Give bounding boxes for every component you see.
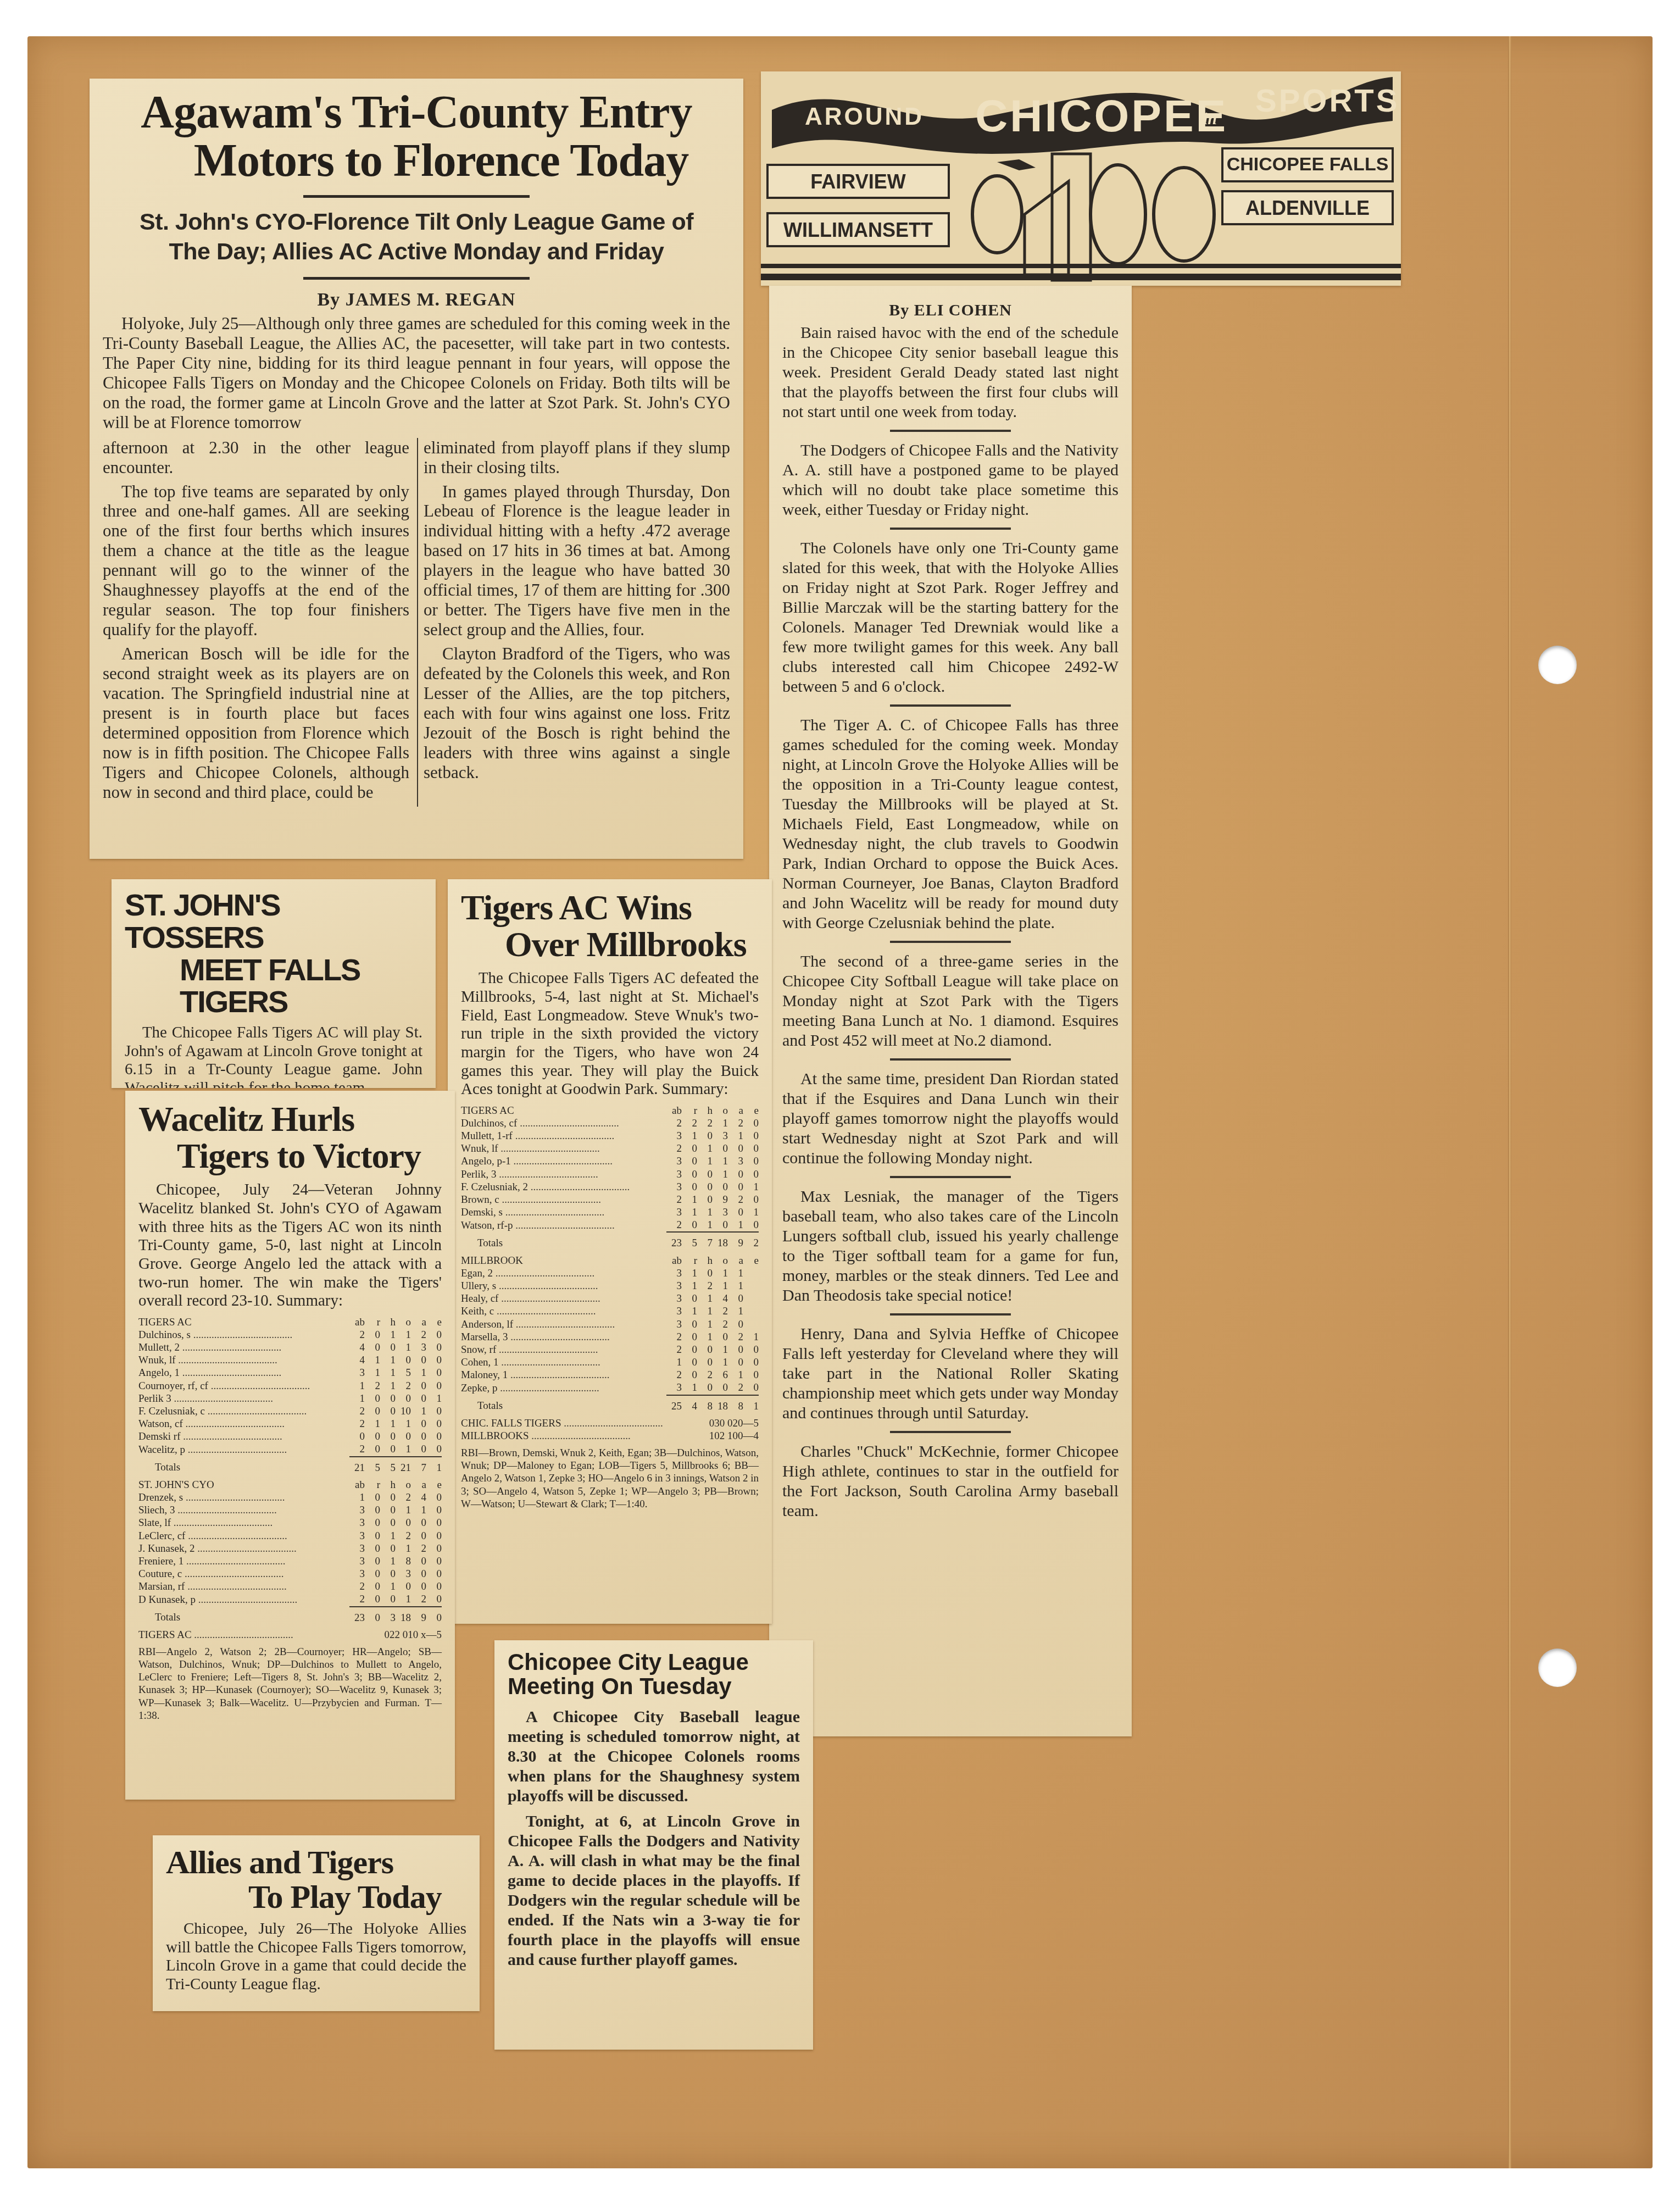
box-score-player-row: Watson, cf211100 [138,1418,442,1430]
headline-line: Motors to Florence Today [103,137,730,185]
box-score-player-row: Wnuk, lf201000 [461,1142,759,1155]
divider [890,1313,1011,1316]
paragraph: The Dodgers of Chicopee Falls and the Na… [782,441,1119,520]
divider [890,1058,1011,1061]
banner-title-sports: SPORTS [1255,82,1400,119]
headline-line: ST. JOHN'S TOSSERS [125,889,422,954]
banner-label-willimansett: WILLIMANSETT [767,219,949,242]
binder-hole-top [1538,646,1577,684]
box-score-player-row: LeClerc, cf301200 [138,1530,442,1542]
box-score-player-row: Egan, 231011 [461,1267,759,1280]
paragraph: The Tiger A. C. of Chicopee Falls has th… [782,715,1119,933]
box-score-totals-row: Totals23571892 [461,1232,759,1250]
paragraph: Charles "Chuck" McKechnie, former Chicop… [782,1442,1119,1521]
box-score-player-row: Marsian, rf201000 [138,1580,442,1593]
article-body: A Chicopee City Baseball league meeting … [508,1707,800,1970]
article-body: Chicopee, July 26—The Holyoke Allies wil… [166,1920,466,1994]
box-score-player-row: Perlik 3100001 [138,1392,442,1405]
box-score-player-row: Cohen, 1100100 [461,1356,759,1369]
right-column: eliminated from playoff plans if they sl… [417,438,730,807]
banner-title-chicopee: CHICOPEE [975,91,1228,142]
paragraph: eliminated from playoff plans if they sl… [424,438,730,478]
box-score-player-row: Cournoyer, rf, cf121200 [138,1380,442,1392]
box-score-player-row: Demski, s311301 [461,1206,759,1219]
headline: Allies and Tigers To Play Today [166,1845,466,1914]
headline-line: MEET FALLS TIGERS [125,954,422,1019]
byline: By ELI COHEN [782,301,1119,320]
linescore-row: CHIC. FALLS TIGERS030 020—5 [461,1417,759,1430]
box-score-player-row: Sliech, 3300110 [138,1504,442,1517]
divider [303,277,529,280]
paragraph: Chicopee, July 26—The Holyoke Allies wil… [166,1920,466,1994]
divider [890,704,1011,707]
divider [890,941,1011,943]
paragraph: Max Lesniak, the manager of the Tigers b… [782,1187,1119,1306]
box-score-player-row: Angelo, 1311510 [138,1367,442,1379]
box-score-notes: RBI—Brown, Demski, Wnuk 2, Keith, Egan; … [461,1447,759,1511]
headline-line: Allies and Tigers [166,1845,466,1880]
subheadline-line: The Day; Allies AC Active Monday and Fri… [103,237,730,267]
box-score-player-row: Mullett, 1-rf310310 [461,1130,759,1142]
headline-line: Wacelitz Hurls [138,1101,442,1137]
binder-hole-bottom [1538,1648,1577,1687]
box-score-player-row: Zepke, p310020 [461,1381,759,1395]
article-lead: Holyoke, July 25—Although only three gam… [103,314,730,432]
headline: Chicopee City League Meeting On Tuesday [508,1650,800,1699]
box-score-header-row: TIGERS ACabrhoae [461,1104,759,1117]
box-score-player-row: Slate, lf300000 [138,1517,442,1529]
banner-label-chicopee-falls: CHICOPEE FALLS [1222,154,1393,175]
headline-line: Meeting On Tuesday [508,1674,800,1699]
column-body: Bain raised havoc with the end of the sc… [782,323,1119,1521]
paragraph: The top five teams are separated by only… [103,482,409,640]
box-score-player-row: Healy, cf30140 [461,1292,759,1305]
divider [890,1176,1011,1178]
banner-label-fairview: FAIRVIEW [767,170,949,193]
box-score-player-row: Snow, rf200100 [461,1344,759,1356]
box-score-player-row: Watson, rf-p201010 [461,1219,759,1232]
headline-line: Chicopee City League [508,1650,800,1674]
article-columns: afternoon at 2.30 in the other league en… [103,438,730,807]
paragraph: In games played through Thursday, Don Le… [424,482,730,640]
box-score-player-row: Perlik, 3300100 [461,1168,759,1181]
box-score: TIGERS ACabrhoaeDulchinos, s201120Mullet… [138,1316,442,1722]
paragraph: Henry, Dana and Sylvia Heffke of Chicope… [782,1324,1119,1423]
headline-line: To Play Today [166,1880,466,1914]
box-score-player-row: Mullett, 2400130 [138,1341,442,1354]
box-score-player-row: Wnuk, lf411000 [138,1354,442,1367]
box-score-player-row: Demski rf000000 [138,1430,442,1443]
box-score: TIGERS ACabrhoaeDulchinos, cf222120Mulle… [461,1104,759,1511]
clipping-column-banner: AROUND CHICOPEE in SPORTS FAIRVIEW WILLI… [761,71,1401,286]
paragraph: A Chicopee City Baseball league meeting … [508,1707,800,1806]
headline: Wacelitz Hurls Tigers to Victory [138,1101,442,1174]
headline: ST. JOHN'S TOSSERS MEET FALLS TIGERS [125,889,422,1018]
clipping-wacelitz-article: Wacelitz Hurls Tigers to Victory Chicope… [125,1091,455,1800]
subheadline: St. John's CYO-Florence Tilt Only League… [103,208,730,267]
box-score-totals-row: Totals25481881 [461,1395,759,1413]
headline-line: Tigers to Victory [138,1137,442,1174]
box-score-header-row: TIGERS ACabrhoae [138,1316,442,1329]
left-column: afternoon at 2.30 in the other league en… [103,438,409,807]
linescore-row: MILLBROOKS102 100—4 [461,1430,759,1442]
box-score-player-row: F. Czelusniak, 2300001 [461,1181,759,1194]
paragraph: Chicopee, July 24—Veteran Johnny Wacelit… [138,1181,442,1310]
headline-line: Tigers AC Wins [461,889,759,926]
player-figures-icon [972,154,1214,280]
paragraph: afternoon at 2.30 in the other league en… [103,438,409,478]
box-score-player-row: Drenzek, s100240 [138,1491,442,1504]
article-body: The Chicopee Falls Tigers AC will play S… [125,1024,422,1088]
paragraph: American Bosch will be idle for the seco… [103,644,409,802]
divider [890,430,1011,432]
paragraph: Tonight, at 6, at Lincoln Grove in Chico… [508,1812,800,1970]
box-score-player-row: Dulchinos, s201120 [138,1329,442,1341]
banner-title-in: in [1203,110,1217,129]
clipping-millbrooks-article: Tigers AC Wins Over Millbrooks The Chico… [448,879,772,1624]
headline: Tigers AC Wins Over Millbrooks [461,889,759,963]
box-score-player-row: Freniere, 1301800 [138,1555,442,1568]
box-score-player-row: Marsella, 3201021 [461,1331,759,1344]
box-score-player-row: Angelo, p-1301130 [461,1155,759,1168]
box-score-notes: RBI—Angelo 2, Watson 2; 2B—Cournoyer; HR… [138,1646,442,1722]
divider [890,528,1011,530]
divider [303,195,529,198]
box-score-player-row: Wacelitz, p200100 [138,1443,442,1456]
article-body: The Chicopee Falls Tigers AC defeated th… [461,969,759,1098]
clipping-eli-cohen-column: By ELI COHEN Bain raised havoc with the … [769,286,1132,1736]
paragraph: The Chicopee Falls Tigers AC defeated th… [461,969,759,1098]
banner-title-around: AROUND [805,103,924,131]
paragraph: The second of a three-game series in the… [782,952,1119,1051]
box-score-totals-row: Totals23031890 [138,1607,442,1624]
box-score-player-row: Dulchinos, cf222120 [461,1117,759,1130]
box-score-player-row: Keith, c31121 [461,1305,759,1318]
paragraph: At the same time, president Dan Riordan … [782,1069,1119,1168]
banner-label-aldenville: ALDENVILLE [1222,197,1393,220]
headline-line: Over Millbrooks [461,926,759,963]
headline-line: Agawam's Tri-County Entry [103,88,730,137]
box-score-player-row: Anderson, lf30120 [461,1318,759,1331]
clipping-agawam-article: Agawam's Tri-County Entry Motors to Flor… [90,79,743,859]
box-score-header-row: ST. JOHN'S CYOabrhoae [138,1479,442,1491]
article-body: Chicopee, July 24—Veteran Johnny Wacelit… [138,1181,442,1310]
paragraph: Clayton Bradford of the Tigers, who was … [424,644,730,782]
linescore-row: TIGERS AC022 010 x—5 [138,1629,442,1641]
page-fold-line [1508,36,1511,2168]
headline: Agawam's Tri-County Entry Motors to Flor… [103,88,730,185]
box-score-player-row: Couture, c300300 [138,1568,442,1580]
paragraph: Bain raised havoc with the end of the sc… [782,323,1119,422]
clipping-allies-tigers-article: Allies and Tigers To Play Today Chicopee… [153,1835,480,2011]
clipping-league-meeting-article: Chicopee City League Meeting On Tuesday … [494,1640,813,2050]
box-score-player-row: F. Czelusniak, c2001010 [138,1405,442,1418]
clipping-tossers-article: ST. JOHN'S TOSSERS MEET FALLS TIGERS The… [112,879,436,1088]
paragraph: The Chicopee Falls Tigers AC will play S… [125,1024,422,1088]
paragraph: Holyoke, July 25—Although only three gam… [103,314,730,432]
box-score-header-row: MILLBROOKabrhoae [461,1255,759,1267]
box-score-table: TIGERS ACabrhoaeDulchinos, cf222120Mulle… [461,1104,759,1442]
box-score-player-row: J. Kunasek, 2300120 [138,1542,442,1555]
paragraph: The Colonels have only one Tri-County ga… [782,539,1119,697]
box-score-player-row: Brown, c210920 [461,1194,759,1206]
box-score-player-row: D Kunasek, p200120 [138,1593,442,1606]
byline: By JAMES M. REGAN [103,290,730,310]
subheadline-line: St. John's CYO-Florence Tilt Only League… [103,208,730,237]
box-score-totals-row: Totals21552171 [138,1457,442,1474]
box-score-player-row: Maloney, 1202610 [461,1369,759,1381]
divider [890,1431,1011,1433]
box-score-table: TIGERS ACabrhoaeDulchinos, s201120Mullet… [138,1316,442,1641]
box-score-player-row: Ullery, s31211 [461,1280,759,1292]
